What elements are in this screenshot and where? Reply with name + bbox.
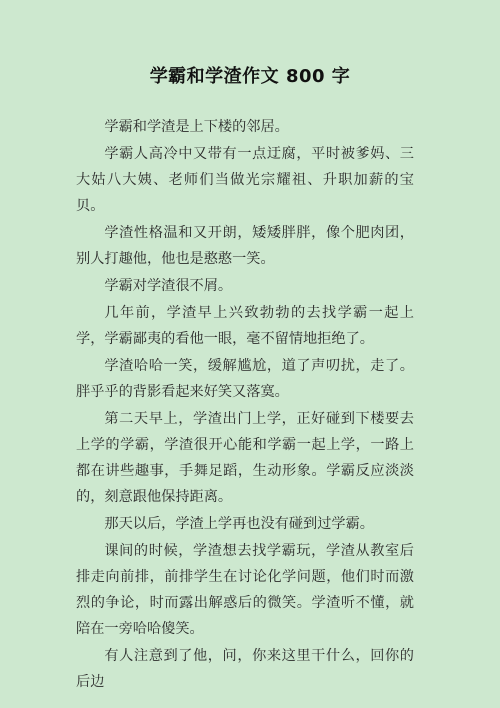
paragraph: 学霸对学渣很不屑。 [76,273,414,300]
paragraph: 有人注意到了他，问，你来这里干什么，回你的后边 [76,643,414,696]
paragraph: 学渣性格温和又开朗，矮矮胖胖，像个肥肉团，别人打趣他，他也是憨憨一笑。 [76,220,414,273]
paragraph: 学渣哈哈一笑，缓解尴尬，道了声叨扰，走了。胖乎乎的背影看起来好笑又落寞。 [76,353,414,406]
document-title: 学霸和学渣作文 800 字 [0,62,500,88]
paragraph: 课间的时候，学渣想去找学霸玩，学渣从教室后排走向前排，前排学生在讨论化学问题，他… [76,538,414,643]
document-body: 学霸和学渣是上下楼的邻居。 学霸人高冷中又带有一点迂腐，平时被爹妈、三大姑八大姨… [76,114,414,696]
paragraph: 学霸和学渣是上下楼的邻居。 [76,114,414,141]
paragraph: 学霸人高冷中又带有一点迂腐，平时被爹妈、三大姑八大姨、老师们当做光宗耀祖、升职加… [76,141,414,220]
paragraph: 那天以后，学渣上学再也没有碰到过学霸。 [76,511,414,538]
paragraph: 几年前，学渣早上兴致勃勃的去找学霸一起上学，学霸鄙夷的看他一眼，毫不留情地拒绝了… [76,300,414,353]
paragraph: 第二天早上，学渣出门上学，正好碰到下楼要去上学的学霸，学渣很开心能和学霸一起上学… [76,406,414,511]
